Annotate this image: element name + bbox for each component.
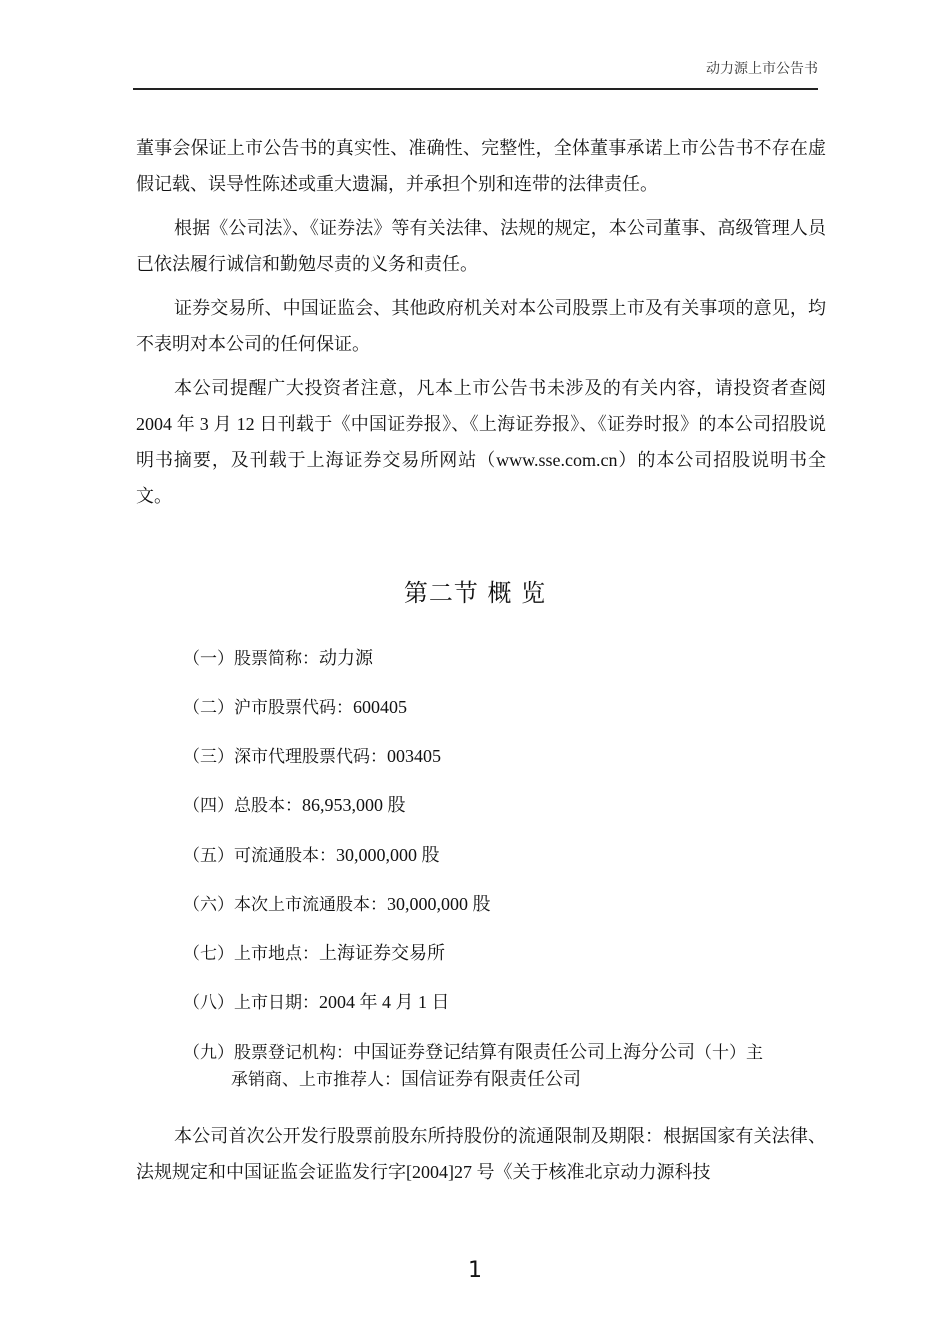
page-number: 1 bbox=[0, 1258, 950, 1283]
item-label-underwriter: 承销商、上市推荐人： bbox=[231, 1070, 401, 1090]
overview-item-registrar: （九）股票登记机构：中国证券登记结算有限责任公司上海分公司（十）主 承销商、上市… bbox=[183, 1039, 813, 1093]
overview-item-sz-code: （三）深市代理股票代码：003405 bbox=[183, 743, 813, 770]
item-value: 动力源 bbox=[319, 648, 373, 668]
overview-item-stock-abbr: （一）股票简称：动力源 bbox=[183, 645, 813, 672]
overview-item-listing-date: （八）上市日期：2004 年 4 月 1 日 bbox=[183, 989, 813, 1016]
item-value: 2004 年 4 月 1 日 bbox=[319, 992, 450, 1012]
section-title: 第二节 概 览 bbox=[0, 573, 950, 608]
closing-paragraph: 本公司首次公开发行股票前股东所持股份的流通限制及期限：根据国家有关法律、法规规定… bbox=[136, 1118, 826, 1190]
item-label: （二）沪市股票代码： bbox=[183, 698, 353, 718]
item-label: （四）总股本： bbox=[183, 796, 302, 816]
intro-paragraph-2: 根据《公司法》、《证券法》等有关法律、法规的规定，本公司董事、高级管理人员已依法… bbox=[136, 210, 826, 282]
item-value: 86,953,000 股 bbox=[302, 795, 406, 815]
intro-paragraph-1: 董事会保证上市公告书的真实性、准确性、完整性，全体董事承诺上市公告书不存在虚假记… bbox=[136, 130, 826, 202]
item-label: （九）股票登记机构： bbox=[183, 1043, 353, 1063]
item-value: 003405 bbox=[387, 746, 441, 766]
intro-paragraph-4: 本公司提醒广大投资者注意，凡本上市公告书未涉及的有关内容，请投资者查阅 2004… bbox=[136, 370, 826, 514]
item-label-next: （十）主 bbox=[695, 1043, 763, 1063]
item-label: （三）深市代理股票代码： bbox=[183, 747, 387, 767]
overview-item-listed-shares: （六）本次上市流通股本：30,000,000 股 bbox=[183, 891, 813, 918]
header-divider bbox=[133, 88, 818, 90]
overview-item-total-shares: （四）总股本：86,953,000 股 bbox=[183, 792, 813, 819]
overview-item-sh-code: （二）沪市股票代码：600405 bbox=[183, 694, 813, 721]
overview-item-listing-place: （七）上市地点：上海证券交易所 bbox=[183, 940, 813, 967]
item-label: （八）上市日期： bbox=[183, 993, 319, 1013]
intro-paragraph-3: 证券交易所、中国证监会、其他政府机关对本公司股票上市及有关事项的意见，均不表明对… bbox=[136, 290, 826, 362]
item-label: （五）可流通股本： bbox=[183, 846, 336, 866]
item-value: 600405 bbox=[353, 697, 407, 717]
item-value: 30,000,000 股 bbox=[336, 845, 440, 865]
item-value-underwriter: 国信证券有限责任公司 bbox=[401, 1069, 581, 1089]
overview-item-tradable-shares: （五）可流通股本：30,000,000 股 bbox=[183, 842, 813, 869]
item-value: 30,000,000 股 bbox=[387, 894, 491, 914]
item-value: 中国证券登记结算有限责任公司上海分公司 bbox=[353, 1042, 695, 1062]
header-title: 动力源上市公告书 bbox=[706, 58, 818, 78]
item-label: （七）上市地点： bbox=[183, 944, 319, 964]
item-label: （一）股票简称： bbox=[183, 649, 319, 669]
item-label: （六）本次上市流通股本： bbox=[183, 895, 387, 915]
item-value: 上海证券交易所 bbox=[319, 943, 445, 963]
